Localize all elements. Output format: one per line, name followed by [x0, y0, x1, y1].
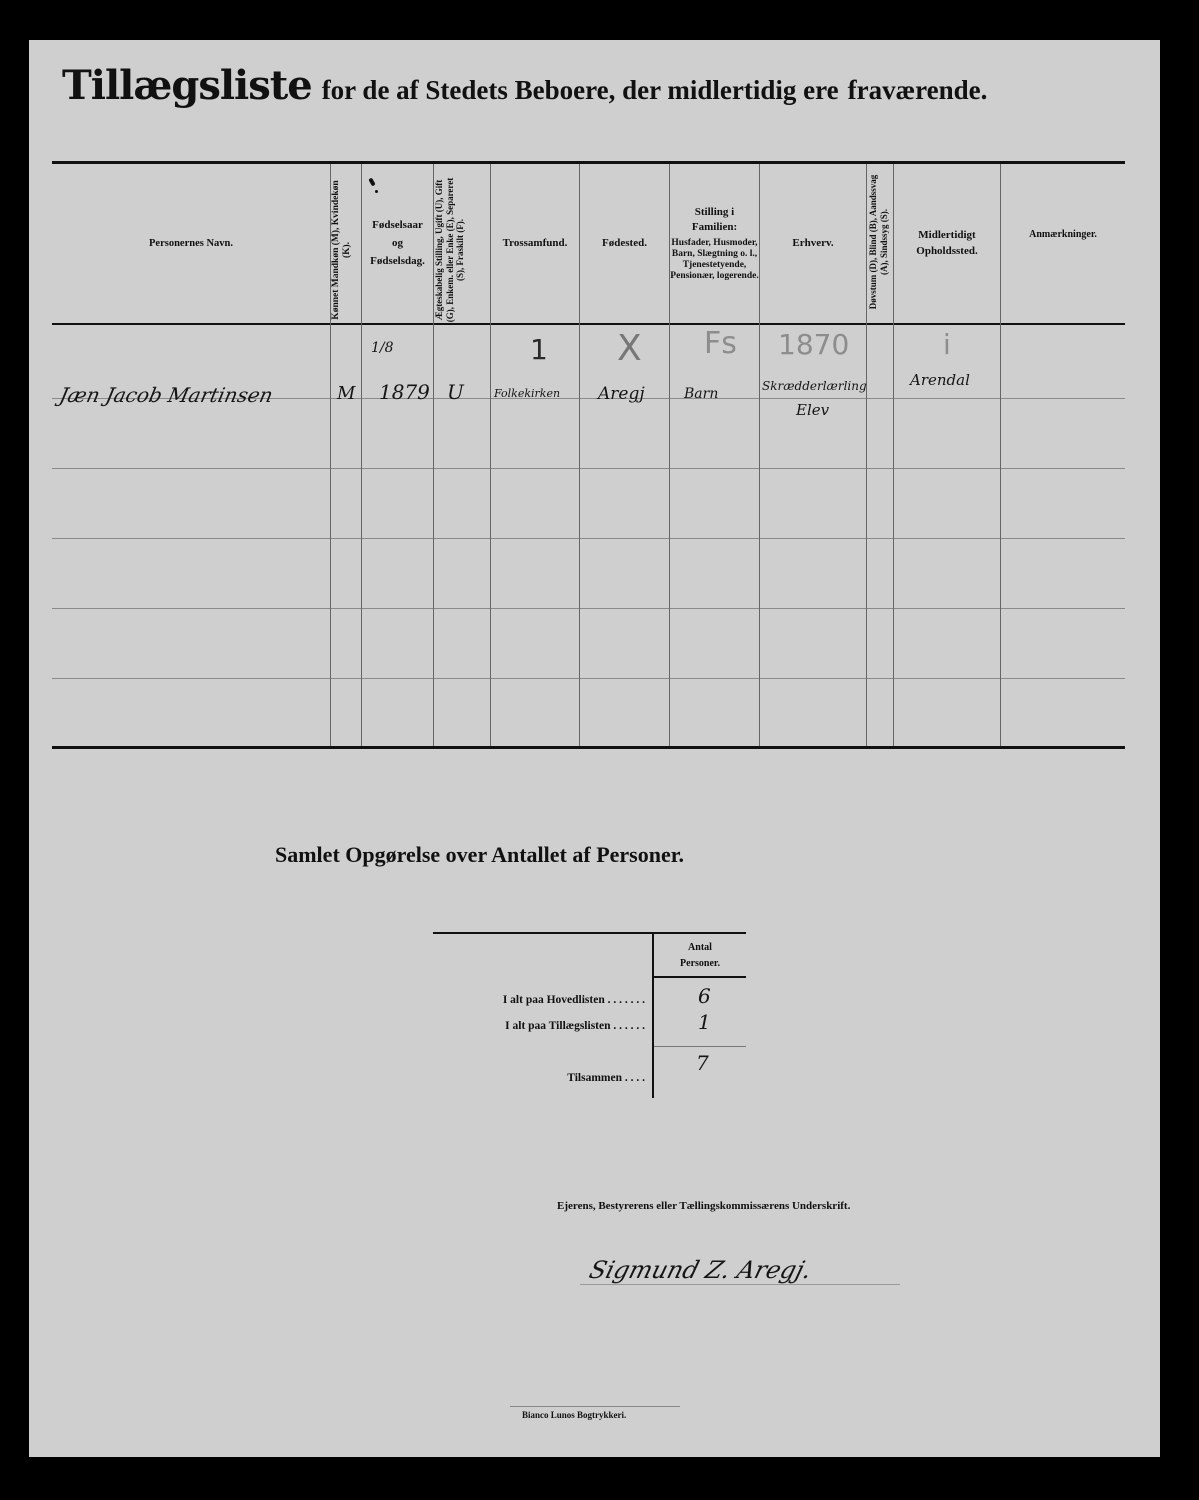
- stilling-body: Husfader, Husmoder, Barn, Slægtning o. l…: [670, 238, 759, 282]
- summary-label-tillaegslisten: I alt paa Tillægslisten . . . . . .: [405, 1020, 645, 1032]
- column-header-fodested: Fødested.: [580, 164, 669, 322]
- form-title-main: Tillægsliste: [62, 62, 312, 109]
- row-divider: [52, 608, 1125, 609]
- row-divider: [52, 468, 1125, 469]
- cell-tro-mark: 1: [530, 333, 548, 366]
- stilling-title: Stilling i Familien:: [670, 205, 759, 235]
- cell-navn: Jæn Jacob Martinsen: [57, 383, 275, 407]
- signature-handwritten: Sigmund Z. Aregj.: [586, 1256, 815, 1284]
- summary-title: Samlet Opgørelse over Antallet af Person…: [275, 842, 684, 868]
- column-header-tro: Trossamfund.: [491, 164, 579, 322]
- printer-rule: [510, 1406, 680, 1407]
- summary-value-hovedlisten: 6: [698, 984, 711, 1008]
- column-header-fodsel: Fødselsaar og Fødselsdag.: [362, 164, 433, 322]
- cell-fodested: Aregj: [598, 384, 645, 404]
- ink-mark: [375, 190, 378, 193]
- opholdssted-line-1: Midlertidigt: [918, 227, 975, 243]
- summary-top-rule: [433, 932, 746, 934]
- cell-stilling: Barn: [684, 386, 718, 402]
- cell-egteskab: U: [447, 380, 464, 404]
- column-header-navn: Personernes Navn.: [52, 164, 330, 322]
- summary-value-tillaegslisten: 1: [698, 1010, 711, 1034]
- column-header-stilling: Stilling i Familien: Husfader, Husmoder,…: [670, 164, 759, 322]
- form-title-bold-end: fraværende.: [848, 75, 988, 105]
- column-header-dovstum: Døvstum (D), Blind (B), Aandssvag (A), S…: [868, 167, 894, 317]
- column-header-egteskab: Ægteskabelig Stilling, Ugift (U), Gift (…: [434, 175, 490, 325]
- column-header-erhverv: Erhverv.: [760, 164, 866, 322]
- cell-erhverv-mark: 1870: [778, 328, 849, 361]
- cell-opholdssted: Arendal: [910, 371, 970, 389]
- table-header-rule: [52, 323, 1125, 325]
- printer-credit: Bianco Lunos Bogtrykkeri.: [522, 1410, 626, 1420]
- fodsel-line-3: Fødselsdag.: [370, 252, 425, 270]
- cell-opholdssted-mark: i: [943, 328, 951, 361]
- column-divider: [866, 164, 867, 746]
- column-header-anm: Anmærkninger.: [1001, 164, 1125, 304]
- cell-tro: Folkekirken: [494, 387, 560, 400]
- signature-line: [580, 1284, 900, 1285]
- cell-erhverv-line1: Skrædderlærling: [762, 379, 867, 393]
- summary-subtotal-rule: [654, 1046, 746, 1047]
- row-divider: [52, 678, 1125, 679]
- cell-stilling-mark: Fs: [704, 326, 737, 361]
- summary-value-tilsammen: 7: [696, 1051, 709, 1075]
- cell-kjonnet: M: [337, 383, 355, 404]
- table-bottom-rule: [52, 746, 1125, 749]
- column-header-opholdssted: Midlertidigt Opholdssted.: [894, 164, 1000, 322]
- summary-header-line-1: Antal: [654, 940, 746, 956]
- cell-fodselsaar: 1879: [379, 380, 430, 404]
- form-title: Tillægslistefor de af Stedets Beboere, d…: [62, 62, 987, 109]
- fodsel-line-2: og: [392, 234, 403, 252]
- column-header-kjonnet: Kønnet Mandkøn (M), Kvindekøn (K).: [331, 175, 359, 325]
- summary-header-rule: [654, 976, 746, 978]
- summary-label-tilsammen: Tilsammen . . . .: [405, 1072, 645, 1084]
- row-divider: [52, 538, 1125, 539]
- summary-header-line-2: Personer.: [654, 956, 746, 972]
- opholdssted-line-2: Opholdssted.: [916, 243, 977, 259]
- signature-caption: Ejerens, Bestyrerens eller Tællingskommi…: [557, 1200, 850, 1212]
- summary-label-hovedlisten: I alt paa Hovedlisten . . . . . . .: [405, 994, 645, 1006]
- summary-column-header: Antal Personer.: [654, 940, 746, 972]
- cell-fodested-mark: X: [617, 328, 642, 369]
- cell-fodselsdag: 1/8: [371, 340, 394, 356]
- form-title-subtitle: for de af Stedets Beboere, der midlertid…: [322, 75, 839, 105]
- fodsel-line-1: Fødselsaar: [372, 216, 423, 234]
- cell-erhverv-line2: Elev: [796, 401, 829, 419]
